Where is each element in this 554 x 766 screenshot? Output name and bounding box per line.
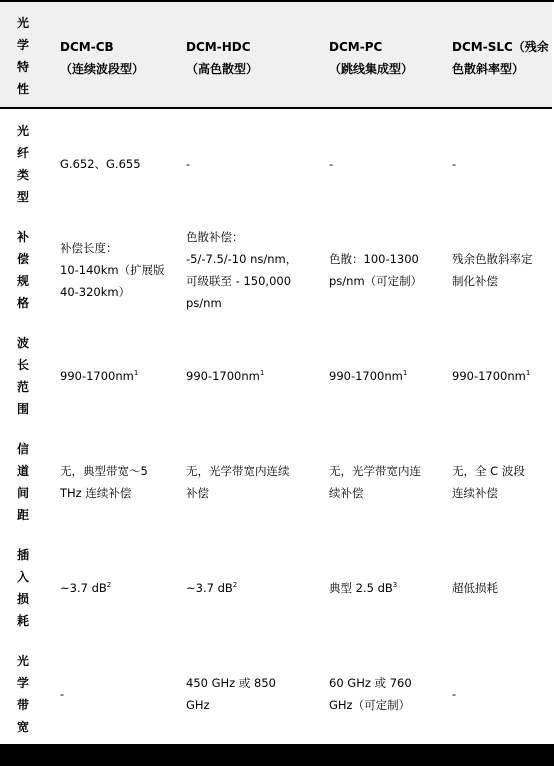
corner-header: 光学特性	[15, 12, 31, 100]
column-header-dcm-cb: DCM-CB （连续波段型）	[60, 36, 144, 80]
label-char: 宽	[15, 716, 31, 738]
cell-fiber-type-slc: -	[452, 153, 456, 175]
cell-channel-hdc: 无，光学带宽内连续 补偿	[186, 460, 290, 504]
label-char: 间	[15, 482, 31, 504]
footnote: 3	[393, 581, 397, 589]
label-char: 带	[15, 694, 31, 716]
label-char: 长	[15, 354, 31, 376]
cell-compensation-cb: 补偿长度： 10-140km（扩展版 40-320km）	[60, 237, 165, 303]
cell-channel-slc: 无，全 C 波段 连续补偿	[452, 460, 525, 504]
column-header-dcm-slc: DCM-SLC（残余 色散斜率型）	[452, 36, 549, 80]
label-char: 光	[15, 650, 31, 672]
cell-bandwidth-cb: -	[60, 683, 64, 705]
label-char: 光	[15, 120, 31, 142]
row-label-insertion-loss: 插入损耗	[15, 544, 31, 632]
cell-compensation-hdc: 色散补偿： -5/-7.5/-10 ns/nm， 可级联至 - 150,000 …	[186, 226, 297, 314]
row-label-compensation-spec: 补偿规格	[15, 226, 31, 314]
label-char: 围	[15, 398, 31, 420]
label-char: 类	[15, 164, 31, 186]
label-char: 学	[15, 34, 31, 56]
cell-channel-cb: 无，典型带宽～5 THz 连续补偿	[60, 460, 148, 504]
label-char: 性	[15, 78, 31, 100]
label-char: 光	[15, 12, 31, 34]
cell-fiber-type-pc: -	[329, 153, 333, 175]
cell-wavelength-pc: 990-1700nm1	[329, 365, 407, 387]
row-label-channel-spacing: 信道间距	[15, 438, 31, 526]
column-subtitle: （连续波段型）	[60, 58, 144, 80]
cell-bandwidth-hdc: 450 GHz 或 850 GHz	[186, 672, 276, 716]
row-label-fiber-type: 光纤类型	[15, 120, 31, 208]
cell-loss-hdc: ~3.7 dB2	[186, 577, 237, 599]
column-name: DCM-CB	[60, 36, 144, 58]
label-char: 学	[15, 672, 31, 694]
cell-loss-pc: 典型 2.5 dB3	[329, 577, 397, 599]
cell-wavelength-hdc: 990-1700nm1	[186, 365, 264, 387]
footnote: 2	[233, 581, 237, 589]
footnote: 1	[260, 369, 264, 377]
label-char: 规	[15, 270, 31, 292]
label-char: 型	[15, 186, 31, 208]
footnote: 2	[107, 581, 111, 589]
label-char: 特	[15, 56, 31, 78]
cell-compensation-slc: 残余色散斜率定 制化补偿	[452, 248, 533, 292]
label-char: 道	[15, 460, 31, 482]
column-header-dcm-pc: DCM-PC （跳线集成型）	[329, 36, 413, 80]
footnote: 1	[526, 369, 530, 377]
column-subtitle: （跳线集成型）	[329, 58, 413, 80]
cell-bandwidth-pc: 60 GHz 或 760 GHz（可定制）	[329, 672, 412, 716]
label-char: 插	[15, 544, 31, 566]
cell-wavelength-cb: 990-1700nm1	[60, 365, 138, 387]
value: ~3.7 dB	[186, 581, 233, 595]
cell-wavelength-slc: 990-1700nm1	[452, 365, 530, 387]
label-char: 范	[15, 376, 31, 398]
cell-compensation-pc: 色散：100-1300 ps/nm（可定制）	[329, 248, 422, 292]
column-subtitle: 色散斜率型）	[452, 58, 549, 80]
label-char: 纤	[15, 142, 31, 164]
column-subtitle: （高色散型）	[186, 58, 258, 80]
label-char: 波	[15, 332, 31, 354]
column-name: DCM-PC	[329, 36, 413, 58]
footnote: 1	[403, 369, 407, 377]
cell-fiber-type-hdc: -	[186, 153, 190, 175]
label-char: 补	[15, 226, 31, 248]
value: 990-1700nm	[60, 369, 134, 383]
cell-bandwidth-slc: -	[452, 683, 456, 705]
column-name: DCM-HDC	[186, 36, 258, 58]
column-header-dcm-hdc: DCM-HDC （高色散型）	[186, 36, 258, 80]
value: 990-1700nm	[452, 369, 526, 383]
label-char: 距	[15, 504, 31, 526]
footnote: 1	[134, 369, 138, 377]
label-char: 入	[15, 566, 31, 588]
column-name: DCM-SLC（残余	[452, 36, 549, 58]
value: 990-1700nm	[329, 369, 403, 383]
value: ~3.7 dB	[60, 581, 107, 595]
cell-loss-cb: ~3.7 dB2	[60, 577, 111, 599]
cell-channel-pc: 无，光学带宽内连 续补偿	[329, 460, 421, 504]
row-label-wavelength-range: 波长范围	[15, 332, 31, 420]
cell-fiber-type-cb: G.652、G.655	[60, 153, 141, 175]
label-char: 损	[15, 588, 31, 610]
value: 990-1700nm	[186, 369, 260, 383]
value: 典型 2.5 dB	[329, 581, 393, 595]
label-char: 格	[15, 292, 31, 314]
row-label-optical-bandwidth: 光学带宽	[15, 650, 31, 738]
label-char: 偿	[15, 248, 31, 270]
label-char: 耗	[15, 610, 31, 632]
bottom-border	[0, 744, 554, 766]
cell-loss-slc: 超低损耗	[452, 577, 498, 599]
label-char: 信	[15, 438, 31, 460]
